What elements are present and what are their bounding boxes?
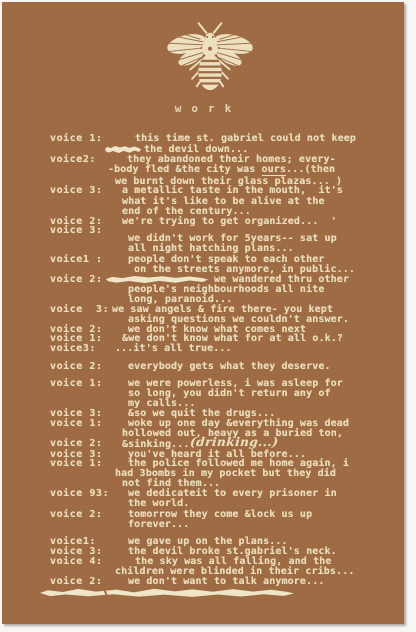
voice-line: voice 3:a metallic taste in the mouth, i… <box>2 185 404 196</box>
voice-label: voice 1: <box>50 133 103 144</box>
voice-line: voice 1:this time st. gabriel could not … <box>2 133 404 144</box>
voice-text: the world. <box>128 498 189 509</box>
text-segment: ...(then <box>286 164 335 175</box>
voice-text: we don't want to talk anymore... <box>128 576 325 587</box>
handwritten-note: (drinking...) <box>189 437 279 448</box>
underlined-word: ours <box>262 164 287 176</box>
voice-label: voice 3: <box>50 185 103 196</box>
text-segment: all night hatching plans... <box>128 243 294 254</box>
scribble-redaction <box>106 276 208 283</box>
voice-line: voice3:...it's all true... <box>2 343 404 354</box>
voice-text: everybody gets what they deserve. <box>128 361 331 372</box>
voice-label: voice 2: <box>50 576 103 587</box>
text-segment: we don't want to talk anymore... <box>128 576 325 587</box>
text-segment: a metallic taste in the mouth, it's <box>122 185 343 196</box>
voice-label: voice3: <box>50 343 96 354</box>
voice-label: voice 2: <box>50 438 103 449</box>
scribble-redaction <box>105 146 141 153</box>
voice-line: all night hatching plans... <box>2 243 404 254</box>
voice-text: -body fled &the city was ours...(then <box>108 164 335 175</box>
voice-line: the world. <box>2 498 404 509</box>
text-segment: forever... <box>128 519 189 530</box>
voice-line: forever... <box>2 519 404 530</box>
voice-text: ...it's all true... <box>115 343 232 354</box>
voice-text: a metallic taste in the mouth, it's <box>122 185 343 196</box>
dialogue-text-block: voice 1:this time st. gabriel could not … <box>2 2 404 624</box>
zine-page: work voice 1:this time st. gabriel could… <box>2 2 404 624</box>
voice-text: forever... <box>128 519 189 530</box>
voice-line: -body fled &the city was ours...(then <box>2 164 404 175</box>
text-segment: -body fled &the city was <box>108 164 262 175</box>
text-segment: this time st. gabriel could not keep <box>135 133 356 144</box>
voice-text: this time st. gabriel could not keep <box>135 133 356 144</box>
zine-page-photo: { "colors":{"background":"#9e6b44","ink"… <box>0 0 416 632</box>
voice-label: voice 2: <box>50 361 103 372</box>
text-segment: ...it's all true... <box>115 343 232 354</box>
voice-line: voice 2:&sinking...(drinking...) <box>2 438 404 449</box>
text-segment: everybody gets what they deserve. <box>128 361 331 372</box>
text-segment: the world. <box>128 498 189 509</box>
voice-text: all night hatching plans... <box>128 243 294 254</box>
voice-line: voice 2:we don't want to talk anymore... <box>2 576 404 587</box>
voice-line: voice 2:everybody gets what they deserve… <box>2 361 404 372</box>
